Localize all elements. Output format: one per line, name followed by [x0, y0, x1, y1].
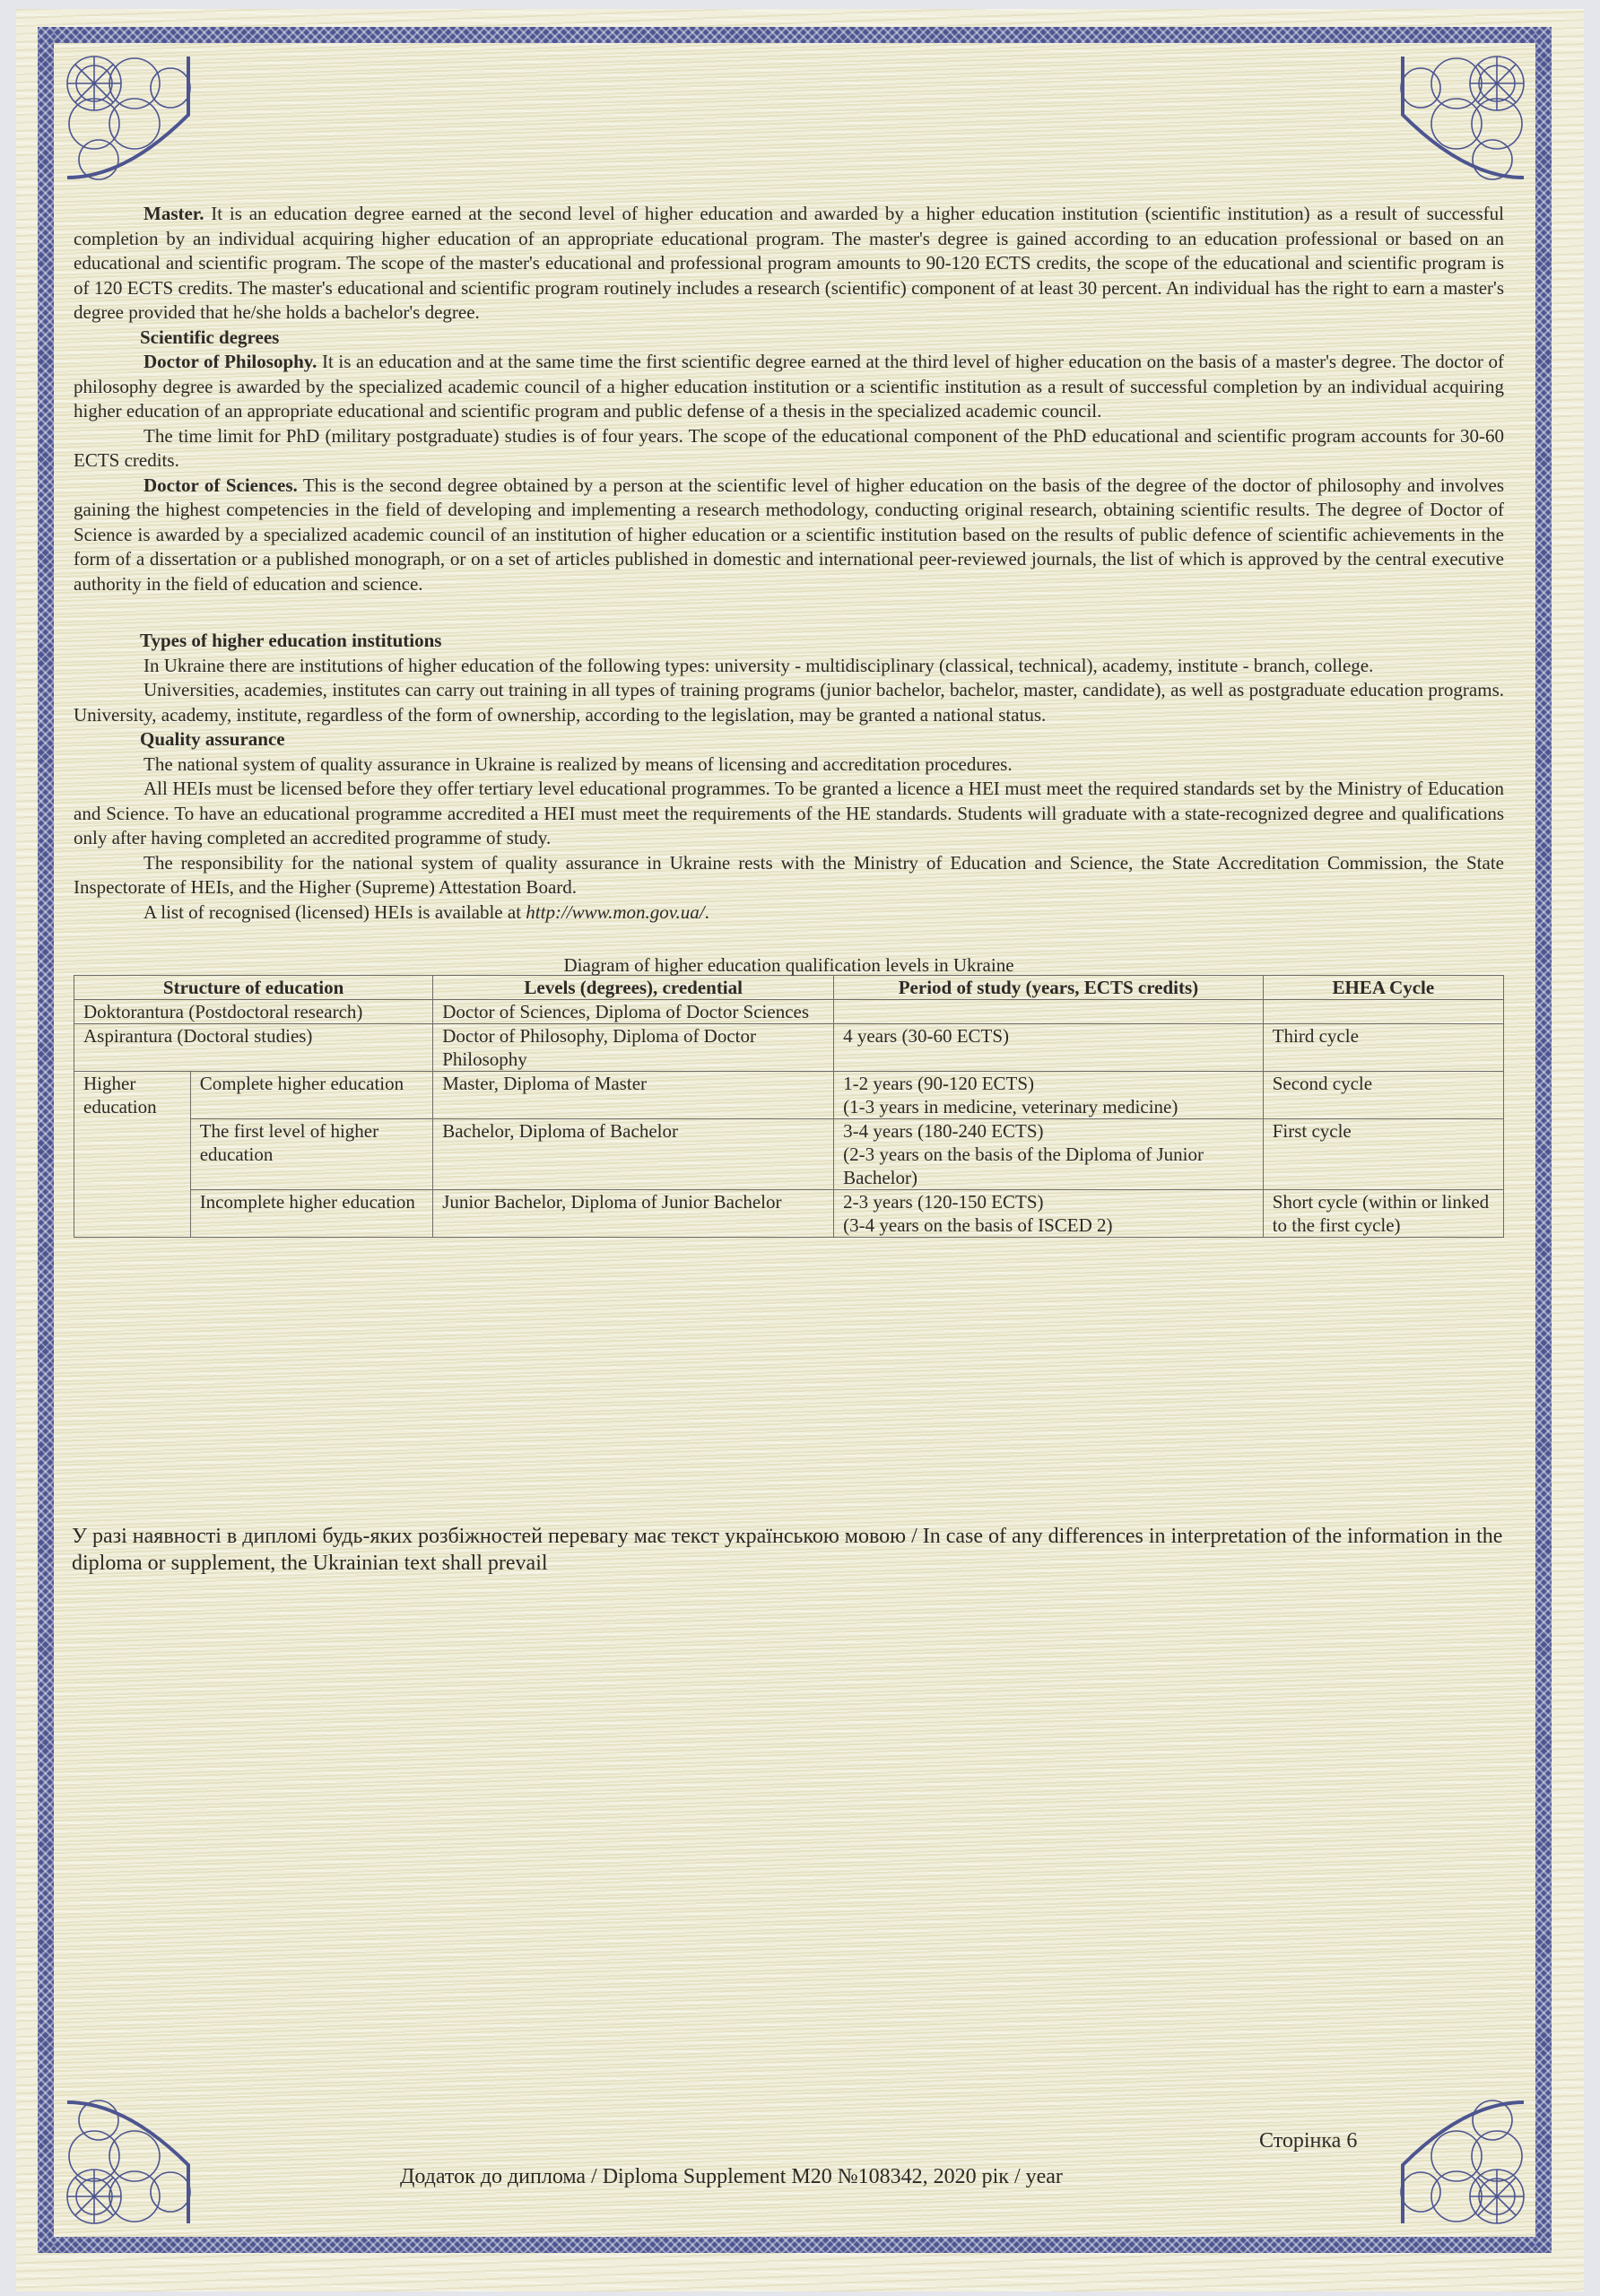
document-body: Master. It is an education degree earned…: [74, 202, 1504, 1238]
structure-cell: Incomplete higher education: [190, 1190, 433, 1238]
types-heading: Types of higher education institutions: [74, 629, 1504, 654]
table-row: Incomplete higher education Junior Bache…: [74, 1190, 1504, 1238]
quality-heading: Quality assurance: [74, 727, 1504, 752]
cycle-cell: Short cycle (within or linked to the fir…: [1263, 1190, 1503, 1238]
page-number: Сторінка 6: [1259, 2129, 1357, 2153]
quality-paragraph-3: The responsibility for the national syst…: [74, 851, 1504, 900]
table-row: Higher education Complete higher educati…: [74, 1072, 1504, 1119]
cycle-cell: Second cycle: [1263, 1072, 1503, 1119]
rosette-ornament-icon: [1385, 2084, 1537, 2237]
rosette-ornament-icon: [54, 2084, 206, 2237]
level-cell: Doctor of Sciences, Diploma of Doctor Sc…: [433, 1000, 834, 1024]
period-cell: 1-2 years (90-120 ECTS)(1-3 years in med…: [834, 1072, 1264, 1119]
level-cell: Doctor of Philosophy, Diploma of Doctor …: [433, 1024, 834, 1072]
qualification-levels-table: Structure of education Levels (degrees),…: [74, 975, 1504, 1238]
phd-term: Doctor of Philosophy.: [143, 351, 317, 372]
table-row: The first level of higher education Bach…: [74, 1119, 1504, 1190]
column-header: Structure of education: [74, 976, 433, 1000]
dsc-paragraph: Doctor of Sciences. This is the second d…: [74, 474, 1504, 597]
rosette-ornament-icon: [54, 43, 206, 196]
period-cell: 4 years (30-60 ECTS): [834, 1024, 1264, 1072]
quality-paragraph-4: A list of recognised (licensed) HEIs is …: [74, 900, 1504, 926]
quality-paragraph-2: All HEIs must be licensed before they of…: [74, 777, 1504, 851]
period-cell: [834, 1000, 1264, 1024]
group-cell: Higher education: [74, 1072, 191, 1238]
cycle-cell: First cycle: [1263, 1119, 1503, 1190]
phd-paragraph: Doctor of Philosophy. It is an education…: [74, 350, 1504, 424]
quality-paragraph-1: The national system of quality assurance…: [74, 752, 1504, 778]
table-header-row: Structure of education Levels (degrees),…: [74, 976, 1504, 1000]
table-row: Doktorantura (Postdoctoral research) Doc…: [74, 1000, 1504, 1024]
mon-link[interactable]: http://www.mon.gov.ua/: [526, 901, 704, 923]
column-header: Levels (degrees), credential: [433, 976, 834, 1000]
types-paragraph-2: Universities, academies, institutes can …: [74, 678, 1504, 727]
structure-cell: Complete higher education: [190, 1072, 433, 1119]
language-disclaimer: У разі наявності в дипломі будь-яких роз…: [72, 1523, 1507, 1577]
master-paragraph: Master. It is an education degree earned…: [74, 202, 1504, 326]
level-cell: Junior Bachelor, Diploma of Junior Bache…: [433, 1190, 834, 1238]
period-cell: 3-4 years (180-240 ECTS)(2-3 years on th…: [834, 1119, 1264, 1190]
footer-title: Додаток до диплома / Diploma Supplement …: [400, 2165, 1063, 2189]
types-paragraph-1: In Ukraine there are institutions of hig…: [74, 654, 1504, 679]
master-term: Master.: [143, 203, 204, 224]
scientific-degrees-heading: Scientific degrees: [74, 326, 1504, 351]
table-caption: Diagram of higher education qualificatio…: [74, 955, 1504, 975]
column-header: Period of study (years, ECTS credits): [834, 976, 1264, 1000]
cycle-cell: Third cycle: [1263, 1024, 1503, 1072]
structure-cell: Doktorantura (Postdoctoral research): [74, 1000, 433, 1024]
cycle-cell: [1263, 1000, 1503, 1024]
level-cell: Bachelor, Diploma of Bachelor: [433, 1119, 834, 1190]
structure-cell: The first level of higher education: [190, 1119, 433, 1190]
rosette-ornament-icon: [1385, 43, 1537, 196]
column-header: EHEA Cycle: [1263, 976, 1503, 1000]
level-cell: Master, Diploma of Master: [433, 1072, 834, 1119]
phd-time-paragraph: The time limit for PhD (military postgra…: [74, 424, 1504, 474]
table-row: Aspirantura (Doctoral studies) Doctor of…: [74, 1024, 1504, 1072]
period-cell: 2-3 years (120-150 ECTS)(3-4 years on th…: [834, 1190, 1264, 1238]
structure-cell: Aspirantura (Doctoral studies): [74, 1024, 433, 1072]
dsc-term: Doctor of Sciences.: [143, 474, 298, 496]
